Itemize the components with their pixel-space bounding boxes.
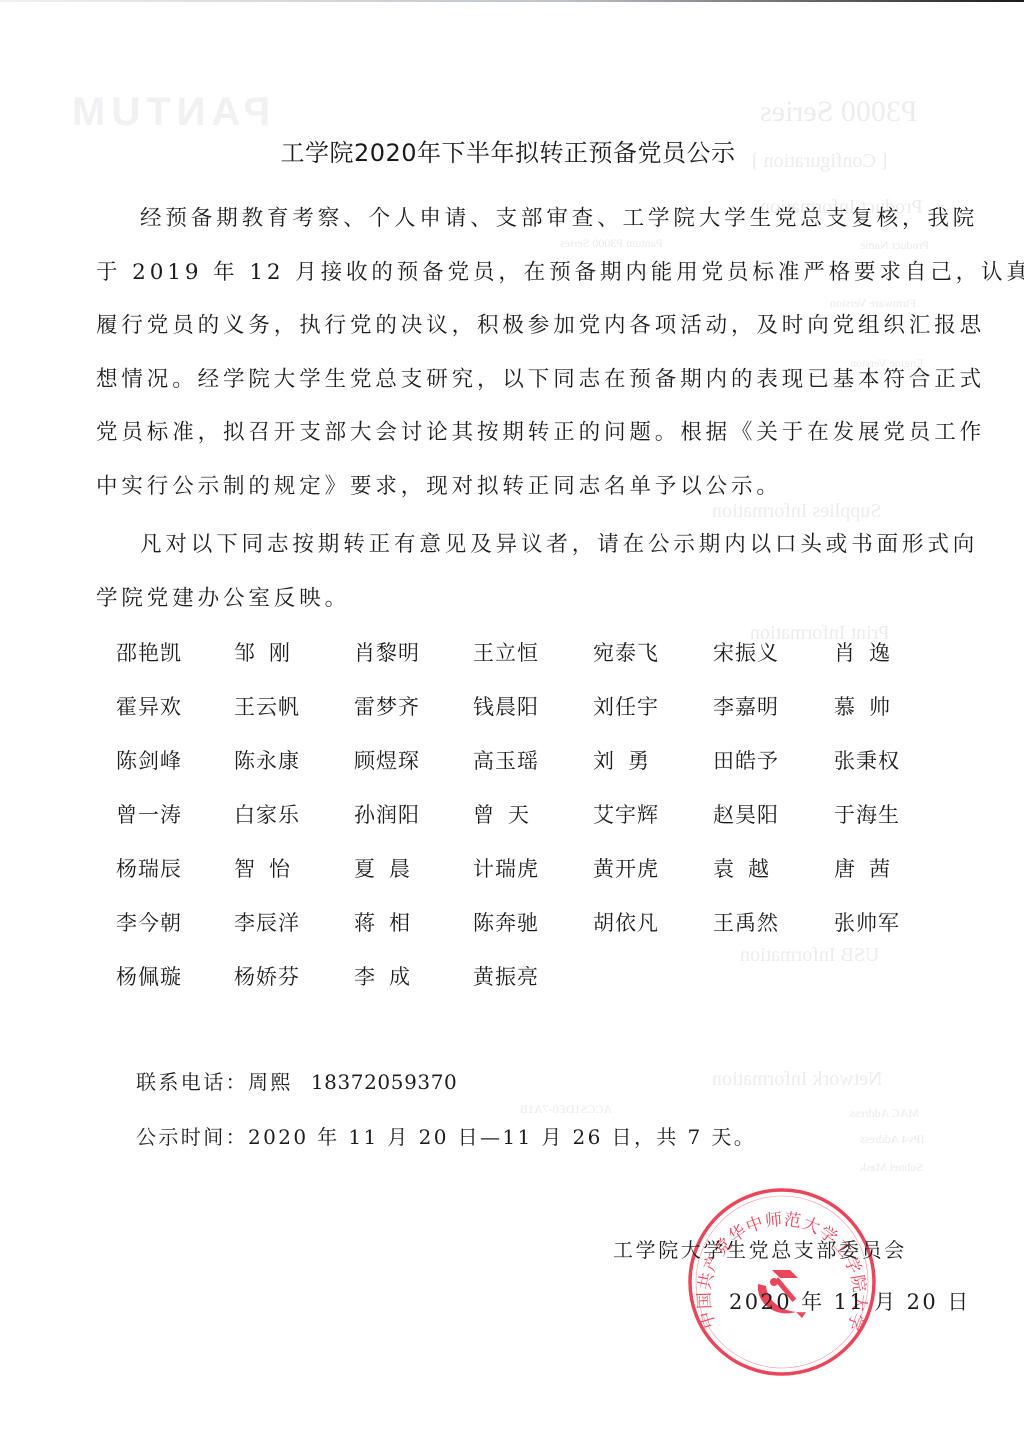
candidate-name: 张秉权 — [834, 734, 922, 788]
candidate-name: 钱晨阳 — [473, 680, 561, 734]
show-through-text: P3000 Series — [760, 95, 918, 129]
show-through-text: IPv4 Address — [860, 1132, 924, 1147]
candidate-name: 陈奔驰 — [473, 896, 561, 950]
candidate-name: 赵昊阳 — [713, 788, 801, 842]
candidate-name: 黄振亮 — [473, 950, 561, 1004]
candidate-name: 邹刚 — [234, 626, 322, 680]
paragraph-line: 中实行公示制的规定》要求，现对拟转正同志名单予以公示。 — [96, 460, 932, 514]
show-through-text: ACCS1DE0-7A1B — [520, 1102, 612, 1117]
contact-line: 联系电话：周熙18372059370 — [136, 1066, 457, 1095]
publicity-period: 公示时间：2020 年 11 月 20 日—11 月 26 日，共 7 天。 — [136, 1121, 756, 1150]
candidate-name: 杨瑞辰 — [116, 842, 204, 896]
candidate-name: 胡依凡 — [593, 896, 681, 950]
contact-person: 周熙 — [248, 1070, 293, 1094]
candidate-name: 袁越 — [713, 842, 801, 896]
paragraph-line: 履行党员的义务，执行党的决议，积极参加党内各项活动，及时向党组织汇报思 — [96, 299, 932, 353]
candidate-name: 智怡 — [234, 842, 322, 896]
candidate-name: 雷梦齐 — [354, 680, 442, 734]
candidate-name: 蒋相 — [354, 896, 442, 950]
candidate-name: 肖逸 — [834, 626, 922, 680]
candidate-name: 王云帆 — [234, 680, 322, 734]
intro-paragraph: 经预备期教育考察、个人申请、支部审查、工学院大学生党总支复核，我院 于 2019… — [96, 192, 932, 513]
candidate-name: 李嘉明 — [713, 680, 801, 734]
candidate-name: 王禹然 — [713, 896, 801, 950]
candidate-name: 王立恒 — [473, 626, 561, 680]
candidate-name: 唐茜 — [834, 842, 922, 896]
contact-phone: 18372059370 — [311, 1070, 458, 1094]
candidate-name: 霍异欢 — [116, 680, 204, 734]
paragraph-line: 经预备期教育考察、个人申请、支部审查、工学院大学生党总支复核，我院 — [96, 192, 932, 246]
candidate-name: 杨佩璇 — [116, 950, 204, 1004]
candidate-name: 顾煜琛 — [354, 734, 442, 788]
candidate-name: 宛泰飞 — [593, 626, 681, 680]
show-through-logo: PANTUM — [66, 90, 270, 135]
paragraph-line: 于 2019 年 12 月接收的预备党员，在预备期内能用党员标准严格要求自己，认… — [96, 246, 932, 300]
show-through-text: Subnet Mask — [860, 1160, 923, 1175]
candidate-name: 刘勇 — [593, 734, 681, 788]
candidate-name: 计瑞虎 — [473, 842, 561, 896]
paragraph-line: 想情况。经学院大学生党总支研究，以下同志在预备期内的表现已基本符合正式 — [96, 353, 932, 407]
candidate-name: 张帅军 — [834, 896, 922, 950]
candidate-name: 于海生 — [834, 788, 922, 842]
paragraph-line: 党员标准，拟召开支部大会讨论其按期转正的问题。根据《关于在发展党员工作 — [96, 406, 932, 460]
scan-border — [0, 0, 1024, 2]
show-through-text: Network Information — [712, 1068, 883, 1091]
candidate-name: 杨娇芬 — [234, 950, 322, 1004]
candidate-name: 肖黎明 — [354, 626, 442, 680]
candidate-name: 李辰洋 — [234, 896, 322, 950]
candidate-name: 刘任宇 — [593, 680, 681, 734]
paragraph-line: 凡对以下同志按期转正有意见及异议者，请在公示期内以口头或书面形式向 — [96, 518, 932, 572]
candidate-name: 夏晨 — [354, 842, 442, 896]
candidate-name: 田皓予 — [713, 734, 801, 788]
candidate-name: 高玉瑶 — [473, 734, 561, 788]
candidate-name: 邵艳凯 — [116, 626, 204, 680]
candidate-name: 李今朝 — [116, 896, 204, 950]
official-seal: 中国共产党华中师范大学工学院大学生总支部委员会 — [686, 1186, 878, 1378]
candidate-name: 曾天 — [473, 788, 561, 842]
candidate-name: 宋振义 — [713, 626, 801, 680]
page-title: 工学院2020年下半年拟转正预备党员公示 — [0, 133, 1024, 168]
candidate-name: 陈剑峰 — [116, 734, 204, 788]
contact-label: 联系电话： — [136, 1070, 248, 1094]
paragraph-line: 学院党建办公室反映。 — [96, 572, 932, 626]
candidate-name: 陈永康 — [234, 734, 322, 788]
candidate-name: 白家乐 — [234, 788, 322, 842]
candidate-name: 李成 — [354, 950, 442, 1004]
candidate-name: 孙润阳 — [354, 788, 442, 842]
candidate-name: 慕帅 — [834, 680, 922, 734]
candidate-name: 艾宇辉 — [593, 788, 681, 842]
objection-paragraph: 凡对以下同志按期转正有意见及异议者，请在公示期内以口头或书面形式向 学院党建办公… — [96, 518, 932, 625]
show-through-text: MAC Address — [850, 1106, 919, 1121]
signing-date: 2020 年 11 月 20 日 — [729, 1286, 971, 1316]
candidate-name: 曾一涛 — [116, 788, 204, 842]
signing-organization: 工学院大学生党总支部委员会 — [613, 1234, 907, 1263]
candidate-name: 黄开虎 — [593, 842, 681, 896]
